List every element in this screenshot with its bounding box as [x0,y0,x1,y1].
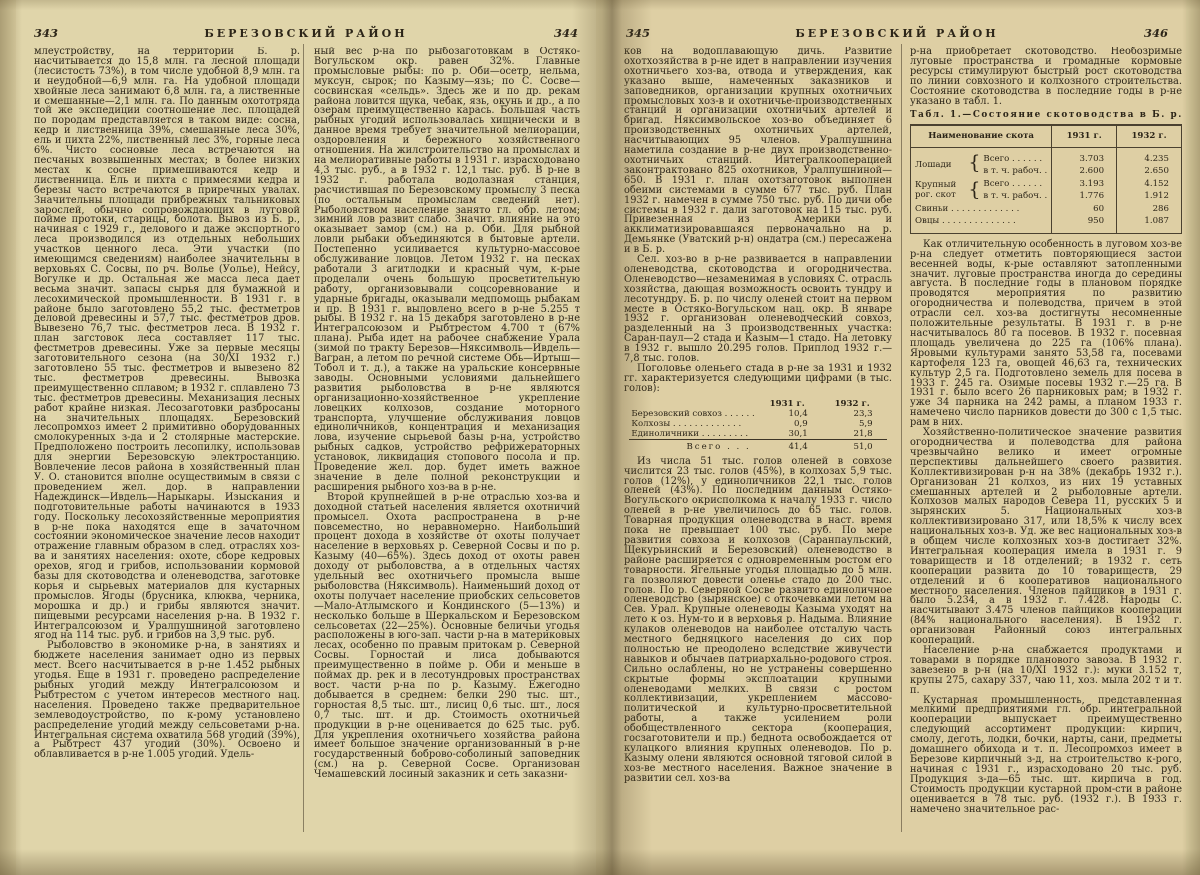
brace-glyph: { [968,157,980,168]
table-header-row: Наименование скота1931 г.1932 г. [911,125,1182,147]
table-row: Колхозы . . . . . . . . . . . . .0,95,9 [629,419,886,429]
value-1932: 1.912 [1117,190,1182,203]
table-caption: Табл. 1.—Состояние скотоводства в Б. р. [910,111,1182,121]
text-column-2: ный вес р-на по рыбозаготовкам в Остяко-… [314,47,580,835]
table-row: Крупный рог. скот{Всего . . . . . .3.193… [911,178,1182,191]
page-number: 346 [1108,26,1168,40]
row-label: Овцы . . . . . . . . . . . . . . [911,215,1052,233]
table-total-row: Всего . . .41,451,0 [629,439,886,452]
row-label: Березовский совхоз . . . . . . [629,409,756,419]
value-1931: 30,1 [757,429,822,440]
year-header: 1932 г. [1117,125,1182,147]
brace-glyph: { [968,185,980,196]
text-column-3: ков на водоплавающую дичь. Развитие охот… [624,47,892,835]
text-column-4: р-на приобретает скотоводство. Необозрим… [910,47,1182,835]
group-text: Лошади [915,160,951,170]
row-sub-label: Всего . . . . . . [979,178,1051,191]
page-number: 344 [518,26,578,40]
paragraph: р-на приобретает скотоводство. Необозрим… [910,47,1182,106]
row-label: Единоличники . . . . . . . . . [629,429,756,440]
value-1932: 21,8 [822,429,887,440]
page-number: 345 [626,26,686,40]
year-header: 1931 г. [1052,125,1117,147]
table-row: Единоличники . . . . . . . . .30,121,8 [629,429,886,440]
livestock-table-block: Табл. 1.—Состояние скотоводства в Б. р.Н… [910,111,1182,233]
paragraph: Кустарная промышленность, представленная… [910,696,1182,815]
paragraph: Из числа 51 тыс. голов оленей в совхозе … [624,457,892,784]
paragraph: ный вес р-на по рыбозаготовкам в Остяко-… [314,47,580,493]
table-row: Свиньи . . . . . . . . . . . . .60286 [911,203,1182,216]
value-1932: 23,3 [822,409,887,419]
paragraph: Рыболовство в экономике р-на, в занятиях… [34,641,300,760]
text-column-1: млеустройству, на территории Б. р. насчи… [34,47,300,835]
livestock-table: Наименование скота1931 г.1932 г.Лошади{В… [910,124,1182,234]
book-scan: 343 БЕРЕЗОВСКИЙ РАЙОН 344 млеустройству,… [0,0,1200,875]
value-1931: 950 [1052,215,1117,233]
value-1931: 0,9 [757,419,822,429]
year-header: 1932 г. [822,399,887,409]
row-label: Колхозы . . . . . . . . . . . . . [629,419,756,429]
paragraph: Хозяйственно-политическое значение разви… [910,428,1182,646]
value-1932: 4.235 [1117,147,1182,165]
row-sub-label: в т. ч. рабоч. . [979,190,1051,203]
paragraph: Второй крупнейшей в р-не отраслью хоз-ва… [314,493,580,780]
row-sub-label: Всего . . . . . . [979,147,1051,165]
paragraph: Как отличительную особенность в луговом … [910,240,1182,428]
value-1932: 2.650 [1117,165,1182,178]
column-divider [901,44,902,832]
year-header: 1931 г. [757,399,822,409]
page-header-right: 345 БЕРЕЗОВСКИЙ РАЙОН 346 [626,26,1168,40]
value-1932: 4.152 [1117,178,1182,191]
value-1931: 3.703 [1052,147,1117,165]
column-divider [303,44,304,832]
row-group-label: Крупный рог. скот{ [911,178,980,203]
value-1931: 3.193 [1052,178,1117,191]
value-1931: 60 [1052,203,1117,216]
group-text: Крупный рог. скот [915,180,956,201]
value-1931: 2.600 [1052,165,1117,178]
page-right: 345 БЕРЕЗОВСКИЙ РАЙОН 346 ков на водопла… [608,0,1186,875]
page-header-left: 343 БЕРЕЗОВСКИЙ РАЙОН 344 [34,26,578,40]
total-1932: 51,0 [822,439,887,452]
paragraph: млеустройству, на территории Б. р. насчи… [34,47,300,641]
paragraph: Сел. хоз-во в р-не развивается в направл… [624,255,892,364]
row-group-label: Лошади{ [911,147,980,178]
running-title: БЕРЕЗОВСКИЙ РАЙОН [686,27,1108,40]
total-label: Всего . . . [629,439,756,452]
total-1931: 41,4 [757,439,822,452]
paragraph: ков на водоплавающую дичь. Развитие охот… [624,47,892,255]
value-1932: 286 [1117,203,1182,216]
name-header: Наименование скота [911,125,1052,147]
table-row: Лошади{Всего . . . . . .3.7034.235 [911,147,1182,165]
row-label: Свиньи . . . . . . . . . . . . . [911,203,1052,216]
value-1932: 1.087 [1117,215,1182,233]
value-1932: 5,9 [822,419,887,429]
table-header-row: 1931 г.1932 г. [629,399,886,409]
table-row: Березовский совхоз . . . . . .10,423,3 [629,409,886,419]
page-left: 343 БЕРЕЗОВСКИЙ РАЙОН 344 млеустройству,… [16,0,596,875]
table-row: Овцы . . . . . . . . . . . . . .9501.087 [911,215,1182,233]
value-1931: 10,4 [757,409,822,419]
row-sub-label: в т. ч. рабоч. . [979,165,1051,178]
reindeer-table: 1931 г.1932 г.Березовский совхоз . . . .… [629,399,886,452]
paragraph: Население р-на снабжается продуктами и т… [910,646,1182,696]
value-1931: 1.776 [1052,190,1117,203]
page-number: 343 [34,26,94,40]
paragraph: Поголовье оленьего стада в р-не за 1931 … [624,364,892,394]
running-title: БЕРЕЗОВСКИЙ РАЙОН [94,27,518,40]
